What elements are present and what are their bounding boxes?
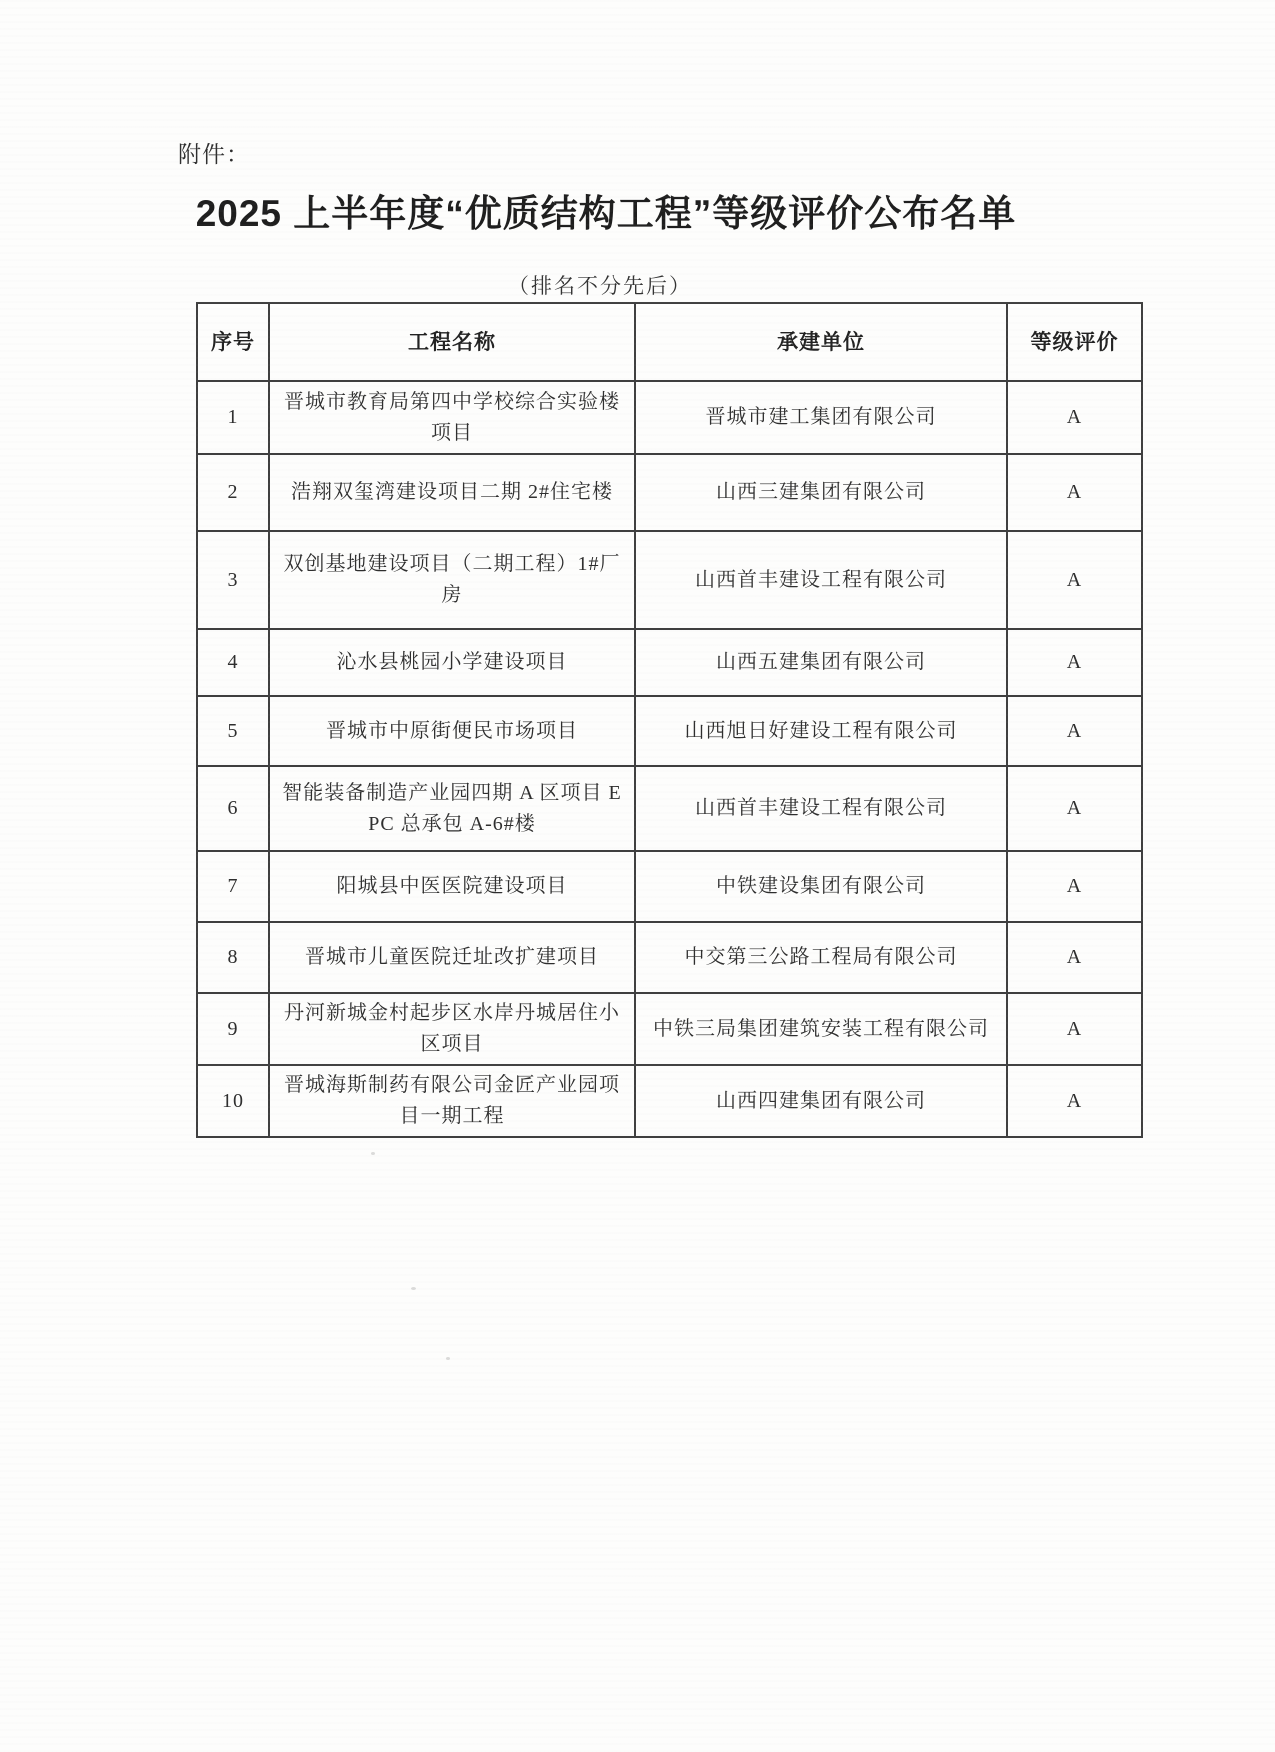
grade-cell: A <box>1007 766 1142 851</box>
grade-cell: A <box>1007 993 1142 1065</box>
contractor-cell: 山西首丰建设工程有限公司 <box>635 766 1007 851</box>
page-subtitle: （排名不分先后） <box>508 274 692 298</box>
project-name-cell: 浩翔双玺湾建设项目二期 2#住宅楼 <box>269 454 635 531</box>
contractor-cell: 山西三建集团有限公司 <box>635 454 1007 531</box>
row-number-cell: 4 <box>197 629 269 696</box>
table-row: 5 晋城市中原街便民市场项目 山西旭日好建设工程有限公司 A <box>197 696 1142 766</box>
attachment-label: 附件： <box>178 136 250 169</box>
table-row: 1 晋城市教育局第四中学校综合实验楼项目 晋城市建工集团有限公司 A <box>197 381 1142 454</box>
contractor-cell: 山西旭日好建设工程有限公司 <box>635 696 1007 766</box>
contractor-cell: 中铁三局集团建筑安装工程有限公司 <box>635 993 1007 1065</box>
grade-cell: A <box>1007 381 1142 454</box>
table-row: 9 丹河新城金村起步区水岸丹城居住小区项目 中铁三局集团建筑安装工程有限公司 A <box>197 993 1142 1065</box>
contractor-cell: 晋城市建工集团有限公司 <box>635 381 1007 454</box>
grade-cell: A <box>1007 922 1142 993</box>
scan-artifact <box>371 1152 375 1155</box>
page-title: 2025 上半年度“优质结构工程”等级评价公布名单 <box>196 193 1017 234</box>
table-row: 4 沁水县桃园小学建设项目 山西五建集团有限公司 A <box>197 629 1142 696</box>
contractor-cell: 山西四建集团有限公司 <box>635 1065 1007 1137</box>
scan-artifact <box>446 1357 450 1360</box>
header-project: 工程名称 <box>269 303 635 381</box>
row-number-cell: 2 <box>197 454 269 531</box>
project-name-cell: 阳城县中医医院建设项目 <box>269 851 635 922</box>
project-name-cell: 晋城市教育局第四中学校综合实验楼项目 <box>269 381 635 454</box>
project-name-cell: 丹河新城金村起步区水岸丹城居住小区项目 <box>269 993 635 1065</box>
project-name-cell: 沁水县桃园小学建设项目 <box>269 629 635 696</box>
heading-area: 2025 上半年度“优质结构工程”等级评价公布名单 <box>0 183 1212 237</box>
contractor-cell: 中交第三公路工程局有限公司 <box>635 922 1007 993</box>
scanned-document-page: 附件： 2025 上半年度“优质结构工程”等级评价公布名单 （排名不分先后） 序… <box>0 0 1275 1752</box>
grade-cell: A <box>1007 454 1142 531</box>
table-row: 10 晋城海斯制药有限公司金匠产业园项目一期工程 山西四建集团有限公司 A <box>197 1065 1142 1137</box>
grade-cell: A <box>1007 1065 1142 1137</box>
table-row: 6 智能装备制造产业园四期 A 区项目 EPC 总承包 A-6#楼 山西首丰建设… <box>197 766 1142 851</box>
project-name-cell: 双创基地建设项目（二期工程）1#厂房 <box>269 531 635 629</box>
contractor-cell: 中铁建设集团有限公司 <box>635 851 1007 922</box>
row-number-cell: 7 <box>197 851 269 922</box>
row-number-cell: 8 <box>197 922 269 993</box>
scan-artifact <box>411 1287 416 1290</box>
row-number-cell: 6 <box>197 766 269 851</box>
header-no: 序号 <box>197 303 269 381</box>
contractor-cell: 山西首丰建设工程有限公司 <box>635 531 1007 629</box>
row-number-cell: 1 <box>197 381 269 454</box>
header-grade: 等级评价 <box>1007 303 1142 381</box>
project-name-cell: 晋城海斯制药有限公司金匠产业园项目一期工程 <box>269 1065 635 1137</box>
row-number-cell: 5 <box>197 696 269 766</box>
project-name-cell: 晋城市儿童医院迁址改扩建项目 <box>269 922 635 993</box>
row-number-cell: 10 <box>197 1065 269 1137</box>
header-contractor: 承建单位 <box>635 303 1007 381</box>
row-number-cell: 9 <box>197 993 269 1065</box>
grade-cell: A <box>1007 531 1142 629</box>
project-name-cell: 智能装备制造产业园四期 A 区项目 EPC 总承包 A-6#楼 <box>269 766 635 851</box>
evaluation-table: 序号 工程名称 承建单位 等级评价 1 晋城市教育局第四中学校综合实验楼项目 晋… <box>196 302 1143 1138</box>
grade-cell: A <box>1007 696 1142 766</box>
grade-cell: A <box>1007 629 1142 696</box>
table-header-row: 序号 工程名称 承建单位 等级评价 <box>197 303 1142 381</box>
subtitle-area: （排名不分先后） <box>0 270 1200 300</box>
table-row: 3 双创基地建设项目（二期工程）1#厂房 山西首丰建设工程有限公司 A <box>197 531 1142 629</box>
table-row: 7 阳城县中医医院建设项目 中铁建设集团有限公司 A <box>197 851 1142 922</box>
table-row: 2 浩翔双玺湾建设项目二期 2#住宅楼 山西三建集团有限公司 A <box>197 454 1142 531</box>
row-number-cell: 3 <box>197 531 269 629</box>
table-row: 8 晋城市儿童医院迁址改扩建项目 中交第三公路工程局有限公司 A <box>197 922 1142 993</box>
project-name-cell: 晋城市中原街便民市场项目 <box>269 696 635 766</box>
contractor-cell: 山西五建集团有限公司 <box>635 629 1007 696</box>
grade-cell: A <box>1007 851 1142 922</box>
